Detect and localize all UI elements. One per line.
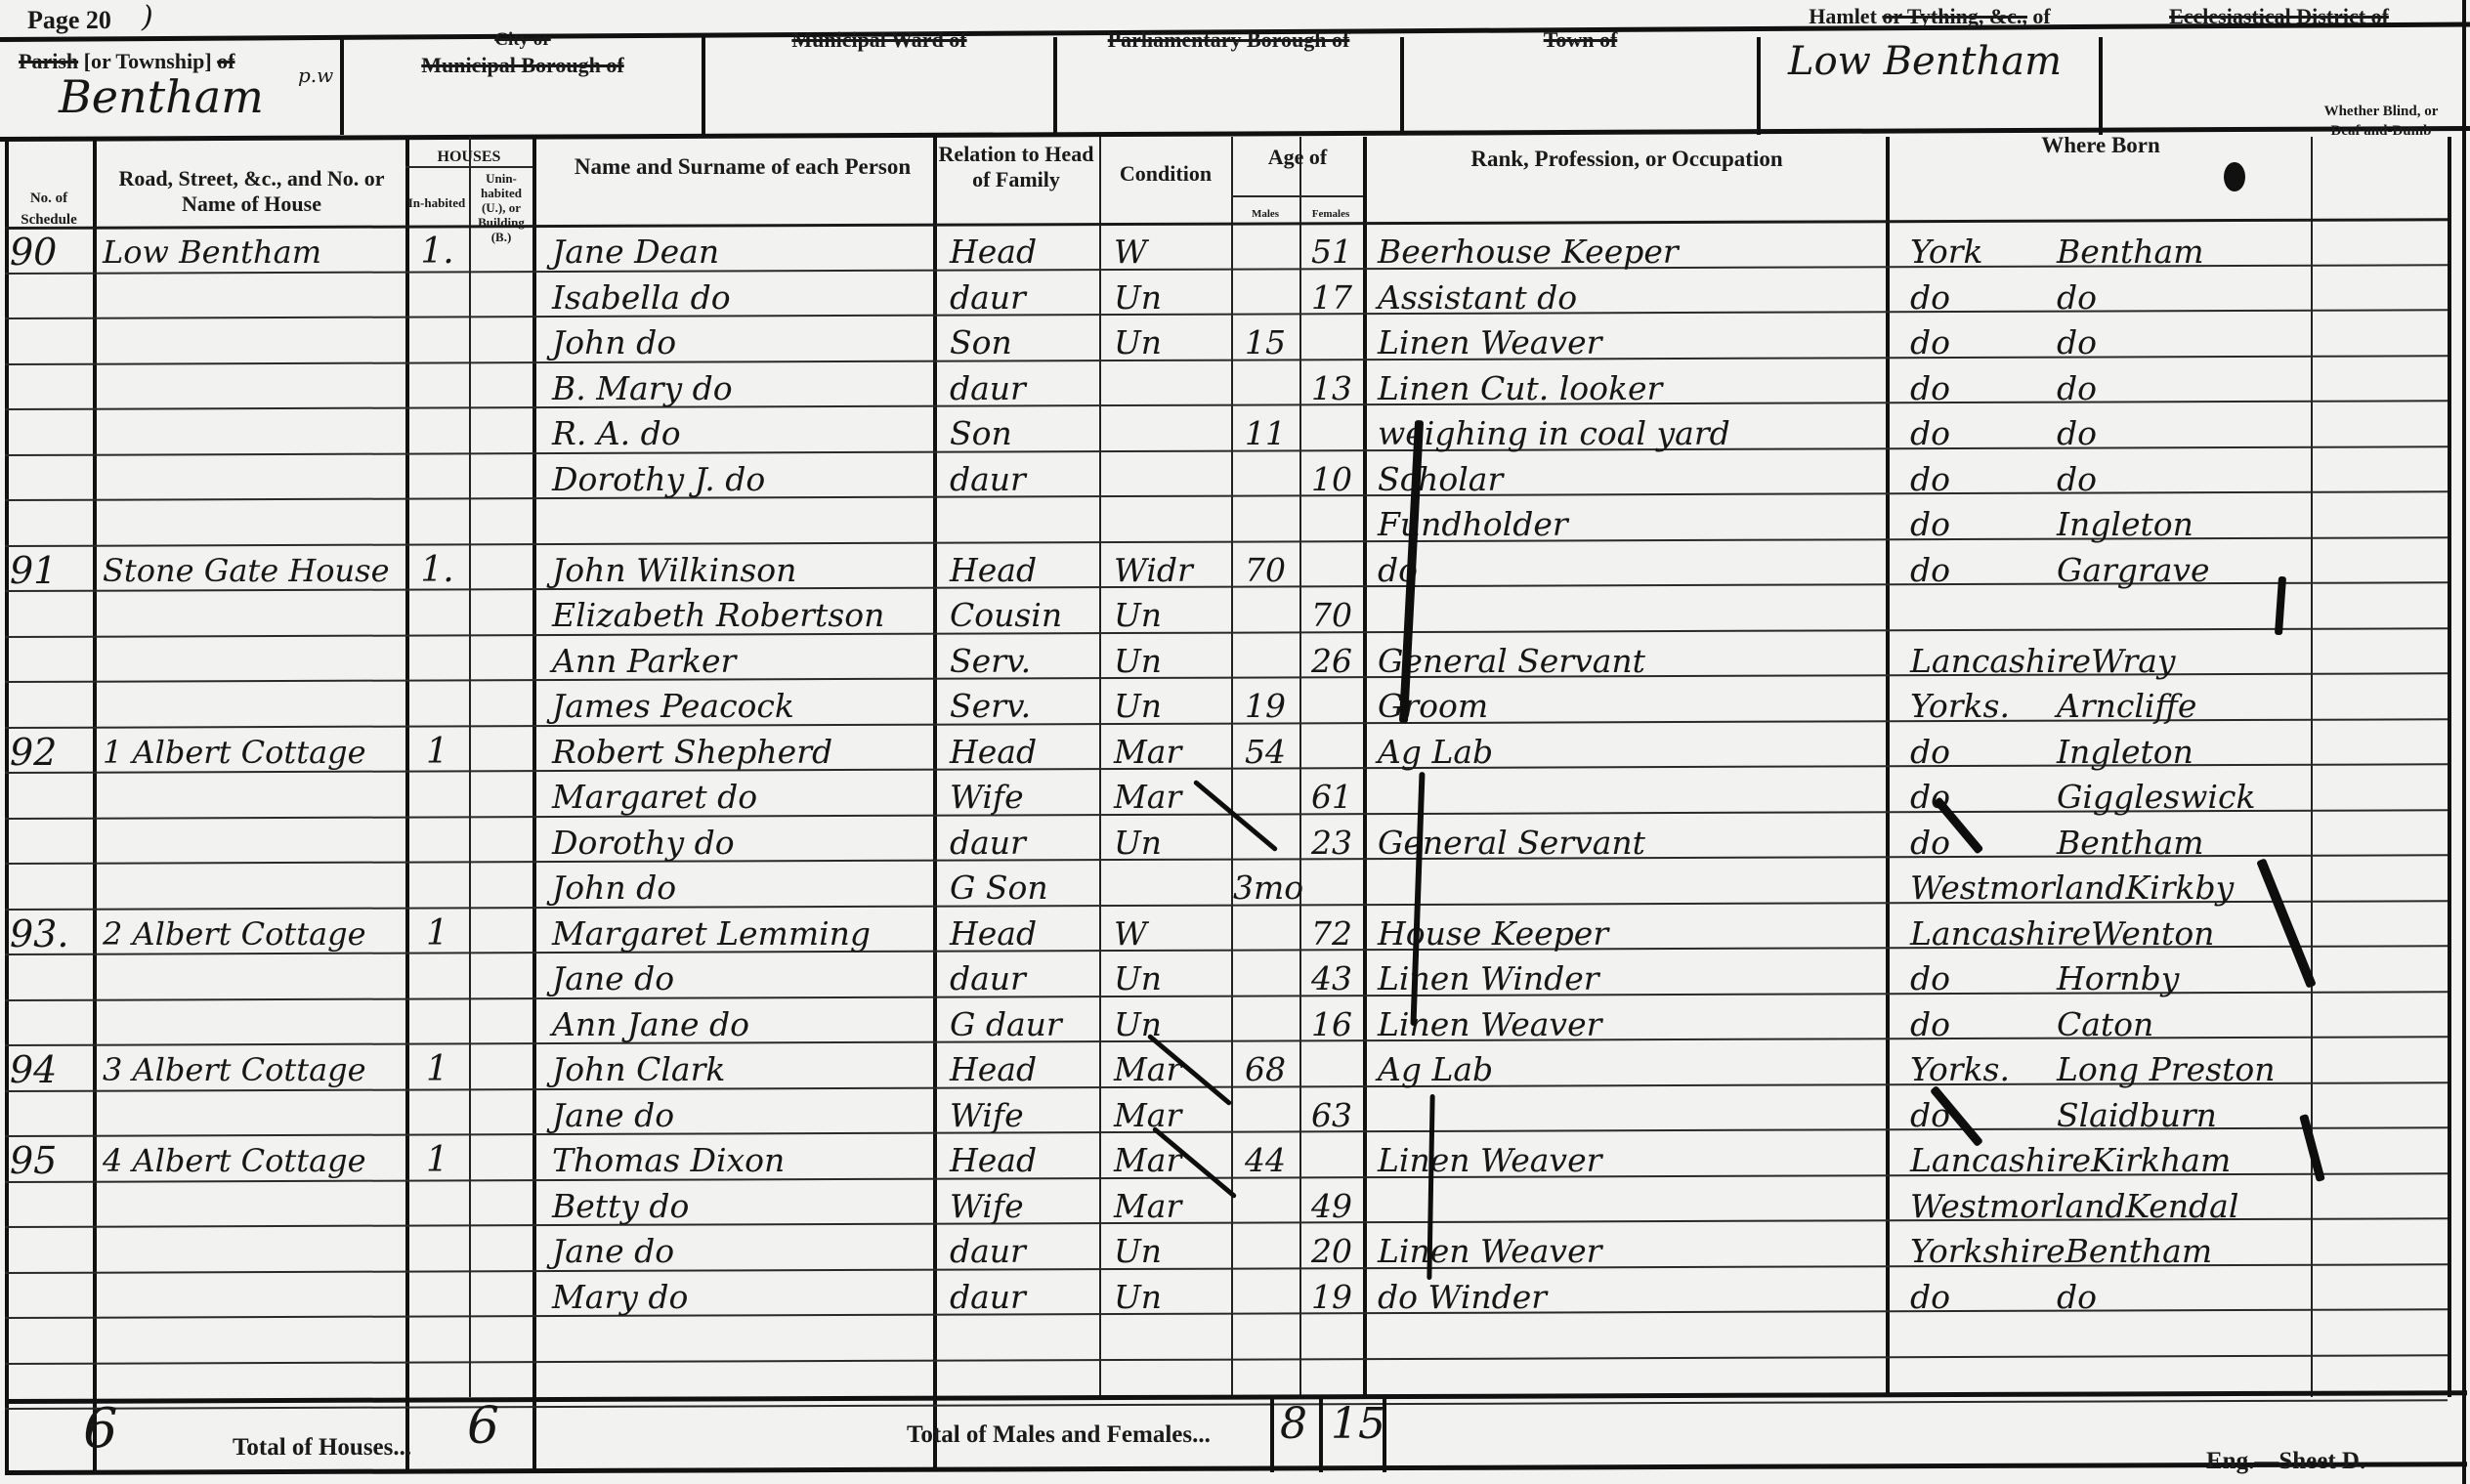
road-name <box>103 822 405 865</box>
schedule-number: 94 <box>10 1048 88 1091</box>
born-place: Kendal <box>2126 1187 2239 1225</box>
table-row: Ann Jane doG daurUn16Linen WeaverdoCaton <box>0 1001 2470 1047</box>
schedule-number <box>10 367 88 410</box>
female-age <box>1301 1139 1362 1182</box>
born-county: Yorks. <box>1910 1048 2057 1091</box>
where-born: dodo <box>1900 367 2321 410</box>
schedule-number <box>10 1185 88 1228</box>
col-header-houses: HOUSES <box>405 145 532 170</box>
condition <box>1104 1367 1236 1410</box>
inhabited-count <box>410 1185 464 1228</box>
road-name <box>103 685 405 728</box>
where-born <box>1900 594 2321 637</box>
occupation: General Servant <box>1373 822 1886 865</box>
road-name: 4 Albert Cottage <box>103 1139 405 1182</box>
inhabited-count <box>410 1321 464 1364</box>
table-row: Dorothy dodaurUn23General ServantdoBenth… <box>0 820 2470 866</box>
road-name: 1 Albert Cottage <box>103 731 405 774</box>
relation: Son <box>940 412 1106 455</box>
relation: daur <box>940 957 1106 1000</box>
where-born: Yorks.Long Preston <box>1900 1048 2321 1091</box>
relation: G Son <box>940 867 1106 910</box>
where-born: YorkBentham <box>1900 231 2321 274</box>
col-header-name: Name and Surname of each Person <box>567 154 918 180</box>
occupation: Linen Weaver <box>1373 1230 1886 1273</box>
person-name: Mary do <box>542 1276 943 1319</box>
inhabited-count <box>410 594 464 637</box>
female-age: 70 <box>1301 594 1362 637</box>
where-born <box>1900 1367 2321 1410</box>
schedule-number <box>10 276 88 319</box>
ink-blot <box>2224 162 2245 191</box>
col-header-schedule: No. of Schedule <box>5 188 93 231</box>
male-age: 11 <box>1233 412 1298 455</box>
occupation: do Winder <box>1373 1276 1886 1319</box>
occupation: Assistant do <box>1373 276 1886 319</box>
relation: Head <box>940 912 1106 955</box>
born-county: do <box>1910 776 2057 819</box>
inhabited-count: 1 <box>410 1048 464 1091</box>
inhabited-count <box>410 503 464 546</box>
male-age: 68 <box>1233 1048 1298 1091</box>
born-place: Kirkham <box>2091 1141 2231 1179</box>
inhabited-count <box>410 640 464 683</box>
male-age <box>1233 1230 1298 1273</box>
born-place: Ingleton <box>2057 733 2193 771</box>
location-cell-town: Town of <box>1402 10 1759 109</box>
female-age: 23 <box>1301 822 1362 865</box>
inhabited-count <box>410 1094 464 1137</box>
road-name <box>103 957 405 1000</box>
table-row: 93.2 Albert Cottage1Margaret LemmingHead… <box>0 911 2470 956</box>
relation <box>940 1367 1106 1410</box>
person-name: John Wilkinson <box>542 549 943 592</box>
female-age <box>1301 321 1362 364</box>
relation: Serv. <box>940 685 1106 728</box>
female-age <box>1301 503 1362 546</box>
schedule-number: 95 <box>10 1139 88 1182</box>
born-place: Long Preston <box>2057 1050 2275 1088</box>
occupation: Linen Weaver <box>1373 1139 1886 1182</box>
born-county: do <box>1910 1276 2057 1319</box>
where-born <box>1900 1321 2321 1364</box>
col-header-females: Females <box>1299 201 1362 227</box>
born-place: do <box>2057 1278 2097 1316</box>
condition <box>1104 412 1236 455</box>
where-born: LancashireWray <box>1900 640 2321 683</box>
condition: W <box>1104 231 1236 274</box>
relation <box>940 1321 1106 1364</box>
female-age <box>1301 1048 1362 1091</box>
relation: daur <box>940 1230 1106 1273</box>
inhabited-count <box>410 367 464 410</box>
schedule-number: 93. <box>10 912 88 955</box>
occupation: House Keeper <box>1373 912 1886 955</box>
male-age <box>1233 776 1298 819</box>
person-name: R. A. do <box>542 412 943 455</box>
road-name <box>103 867 405 910</box>
table-row: Dorothy J. dodaur10Scholardodo <box>0 456 2470 502</box>
where-born: YorkshireBentham <box>1900 1230 2321 1273</box>
condition: Mar <box>1104 731 1236 774</box>
total-houses-label: Total of Houses... <box>233 1434 411 1462</box>
table-row <box>0 1319 2470 1365</box>
inhabited-count <box>410 822 464 865</box>
occupation <box>1373 1321 1886 1364</box>
schedule-number <box>10 1367 88 1410</box>
relation: daur <box>940 1276 1106 1319</box>
person-name: Jane Dean <box>542 231 943 274</box>
born-place: Hornby <box>2057 959 2179 997</box>
inhabited-count: 1 <box>410 912 464 955</box>
condition: Un <box>1104 594 1236 637</box>
person-name: Ann Parker <box>542 640 943 683</box>
total-houses-value: 6 <box>467 1397 499 1456</box>
schedule-number <box>10 458 88 501</box>
where-born: WestmorlandKendal <box>1900 1185 2321 1228</box>
where-born: doGargrave <box>1900 549 2321 592</box>
table-row <box>0 1365 2470 1411</box>
male-age <box>1233 458 1298 501</box>
condition: Un <box>1104 1003 1236 1046</box>
schedule-number <box>10 1003 88 1046</box>
road-name <box>103 1094 405 1137</box>
where-born: LancashireKirkham <box>1900 1139 2321 1182</box>
schedule-number <box>10 503 88 546</box>
inhabited-count <box>410 957 464 1000</box>
condition: Un <box>1104 1276 1236 1319</box>
relation: Wife <box>940 1094 1106 1137</box>
occupation: General Servant <box>1373 640 1886 683</box>
schedule-number <box>10 321 88 364</box>
female-age <box>1301 412 1362 455</box>
occupation: weighing in coal yard <box>1373 412 1886 455</box>
relation: Serv. <box>940 640 1106 683</box>
female-age: 13 <box>1301 367 1362 410</box>
born-county: do <box>1910 367 2057 410</box>
occupation: Beerhouse Keeper <box>1373 231 1886 274</box>
table-row: Jane dodaurUn43Linen WinderdoHornby <box>0 955 2470 1001</box>
female-age <box>1301 685 1362 728</box>
male-age: 19 <box>1233 685 1298 728</box>
male-age <box>1233 276 1298 319</box>
col-header-occupation: Rank, Profession, or Occupation <box>1368 147 1886 172</box>
divider <box>2099 37 2103 135</box>
occupation <box>1373 1094 1886 1137</box>
where-born: dodo <box>1900 1276 2321 1319</box>
person-name: John do <box>542 321 943 364</box>
relation: daur <box>940 458 1106 501</box>
condition <box>1104 503 1236 546</box>
relation: daur <box>940 367 1106 410</box>
road-name <box>103 640 405 683</box>
col-header-where-born: Where Born <box>1891 133 2311 158</box>
relation <box>940 503 1106 546</box>
person-name: John Clark <box>542 1048 943 1091</box>
condition: Un <box>1104 640 1236 683</box>
condition: Un <box>1104 957 1236 1000</box>
person-name: Ann Jane do <box>542 1003 943 1046</box>
location-value-parish: Bentham <box>59 70 264 123</box>
where-born: WestmorlandKirkby <box>1900 867 2321 910</box>
female-age: 51 <box>1301 231 1362 274</box>
condition <box>1104 367 1236 410</box>
schedule-number <box>10 867 88 910</box>
condition: Un <box>1104 685 1236 728</box>
relation: Head <box>940 549 1106 592</box>
location-cell-municipal-ward: Municipal Ward of <box>703 10 1055 109</box>
col-header-condition: Condition <box>1102 161 1229 187</box>
relation: Head <box>940 1139 1106 1182</box>
table-row: Jane dodaurUn20Linen WeaverYorkshireBent… <box>0 1228 2470 1274</box>
inhabited-count: 1 <box>410 1139 464 1182</box>
person-name: Margaret Lemming <box>542 912 943 955</box>
occupation: do <box>1373 549 1886 592</box>
location-annotation: p.w <box>298 64 333 87</box>
born-county: Lancashire <box>1910 640 2091 683</box>
total-persons-label: Total of Males and Females... <box>907 1421 1211 1449</box>
male-age <box>1233 1003 1298 1046</box>
table-row: Mary dodaurUn19do Winderdodo <box>0 1274 2470 1320</box>
schedule-number <box>10 594 88 637</box>
female-age: 61 <box>1301 776 1362 819</box>
occupation: Linen Weaver <box>1373 321 1886 364</box>
col-header-age: Age of <box>1233 145 1362 170</box>
female-age: 43 <box>1301 957 1362 1000</box>
male-age <box>1233 957 1298 1000</box>
born-county: Lancashire <box>1910 912 2091 955</box>
born-place: Bentham <box>2057 233 2204 271</box>
male-age: 70 <box>1233 549 1298 592</box>
table-row: 90Low Bentham1.Jane DeanHeadW51Beerhouse… <box>0 229 2470 275</box>
col-header-males: Males <box>1233 201 1298 227</box>
occupation: Linen Weaver <box>1373 1003 1886 1046</box>
born-county: do <box>1910 822 2057 865</box>
col-header-blind-deaf: Whether Blind, or Deaf and-Dumb <box>2314 102 2449 141</box>
relation: Head <box>940 1048 1106 1091</box>
male-age: 15 <box>1233 321 1298 364</box>
road-name: 2 Albert Cottage <box>103 912 405 955</box>
schedule-number <box>10 1321 88 1364</box>
schedule-number <box>10 957 88 1000</box>
occupation: Scholar <box>1373 458 1886 501</box>
location-cell-municipal-borough: City orMunicipal Borough of <box>342 10 703 109</box>
born-county: Westmorland <box>1910 1185 2126 1228</box>
female-age: 17 <box>1301 276 1362 319</box>
person-name <box>542 503 943 546</box>
where-born: dodo <box>1900 276 2321 319</box>
condition: Un <box>1104 276 1236 319</box>
born-place: do <box>2057 460 2097 498</box>
relation: Son <box>940 321 1106 364</box>
male-age <box>1233 1321 1298 1364</box>
female-age: 20 <box>1301 1230 1362 1273</box>
inhabited-count: 1 <box>410 731 464 774</box>
road-name <box>103 276 405 319</box>
where-born: LancashireWenton <box>1900 912 2321 955</box>
person-name: Isabella do <box>542 276 943 319</box>
person-name: Jane do <box>542 1230 943 1273</box>
road-name: 3 Albert Cottage <box>103 1048 405 1091</box>
table-row: B. Mary dodaur13Linen Cut. lookerdodo <box>0 365 2470 411</box>
road-name <box>103 321 405 364</box>
schedule-number <box>10 1276 88 1319</box>
born-place: do <box>2057 323 2097 361</box>
relation: daur <box>940 276 1106 319</box>
where-born: doCaton <box>1900 1003 2321 1046</box>
relation: G daur <box>940 1003 1106 1046</box>
born-place: do <box>2057 369 2097 407</box>
condition: Un <box>1104 1230 1236 1273</box>
male-age <box>1233 231 1298 274</box>
person-name <box>542 1367 943 1410</box>
schedule-number <box>10 1230 88 1273</box>
inhabited-count <box>410 1367 464 1410</box>
male-age <box>1233 640 1298 683</box>
col-header-relation: Relation to Head of Family <box>938 142 1094 192</box>
location-cell-ecclesiastical-district: Ecclesiastical District of <box>2101 10 2457 109</box>
born-place: Arncliffe <box>2057 687 2196 725</box>
occupation: Groom <box>1373 685 1886 728</box>
person-name <box>542 1321 943 1364</box>
age-subheader-line <box>1231 195 1363 197</box>
female-age <box>1301 867 1362 910</box>
table-row: 91Stone Gate House1.John WilkinsonHeadWi… <box>0 547 2470 593</box>
condition: Mar <box>1104 1185 1236 1228</box>
born-county: do <box>1910 731 2057 774</box>
total-females-value: 15 <box>1331 1399 1385 1449</box>
person-name: James Peacock <box>542 685 943 728</box>
table-row: James PeacockServ.Un19GroomYorks.Arnclif… <box>0 683 2470 729</box>
born-county: Westmorland <box>1910 867 2126 910</box>
road-name <box>103 503 405 546</box>
condition <box>1104 1321 1236 1364</box>
condition: W <box>1104 912 1236 955</box>
female-age: 63 <box>1301 1094 1362 1137</box>
born-place: do <box>2057 278 2097 317</box>
born-place: Bentham <box>2057 824 2204 862</box>
schedule-number <box>10 1094 88 1137</box>
table-row: 943 Albert Cottage1John ClarkHeadMar68Ag… <box>0 1046 2470 1092</box>
occupation: Ag Lab <box>1373 731 1886 774</box>
table-row: John doSonUn15Linen Weaverdodo <box>0 319 2470 365</box>
road-name <box>103 367 405 410</box>
schedule-number: 91 <box>10 549 88 592</box>
table-row: 921 Albert Cottage1Robert ShepherdHeadMa… <box>0 729 2470 775</box>
male-age <box>1233 503 1298 546</box>
born-place: Caton <box>2057 1005 2153 1043</box>
road-name <box>103 1230 405 1273</box>
occupation: Linen Winder <box>1373 957 1886 1000</box>
where-born: dodo <box>1900 321 2321 364</box>
person-name: John do <box>542 867 943 910</box>
born-county: York <box>1910 231 2057 274</box>
inhabited-count <box>410 321 464 364</box>
inhabited-count <box>410 412 464 455</box>
person-name: Jane do <box>542 957 943 1000</box>
born-county: do <box>1910 412 2057 455</box>
inhabited-count <box>410 776 464 819</box>
female-age: 72 <box>1301 912 1362 955</box>
born-county: do <box>1910 321 2057 364</box>
schedule-number: 92 <box>10 731 88 774</box>
male-age <box>1233 1185 1298 1228</box>
female-age: 49 <box>1301 1185 1362 1228</box>
where-born: Yorks.Arncliffe <box>1900 685 2321 728</box>
born-county: do <box>1910 458 2057 501</box>
person-name: Thomas Dixon <box>542 1139 943 1182</box>
inhabited-count: 1. <box>410 231 464 274</box>
schedule-number <box>10 640 88 683</box>
location-cell-parish: Parish [or Township] ofBenthamp.w <box>5 10 342 109</box>
sheet-label: Eng.—Sheet D. <box>2206 1448 2365 1475</box>
road-name <box>103 1321 405 1364</box>
location-label-municipal-borough: City orMunicipal Borough of <box>342 27 703 78</box>
road-name: Stone Gate House <box>103 549 405 592</box>
person-name: Robert Shepherd <box>542 731 943 774</box>
schedule-number <box>10 685 88 728</box>
table-row: Betty doWifeMar49WestmorlandKendal <box>0 1183 2470 1229</box>
born-place: do <box>2057 414 2097 452</box>
totals-bottom-line <box>5 1462 2467 1475</box>
road-name <box>103 412 405 455</box>
where-born: doIngleton <box>1900 731 2321 774</box>
born-county: Lancashire <box>1910 1139 2091 1182</box>
male-age: 3mo <box>1233 867 1298 910</box>
condition: Un <box>1104 321 1236 364</box>
born-place: Ingleton <box>2057 505 2193 543</box>
col-header-road: Road, Street, &c., and No. or Name of Ho… <box>98 166 405 217</box>
table-row: Jane doWifeMar63doSlaidburn <box>0 1092 2470 1138</box>
road-name <box>103 776 405 819</box>
male-age <box>1233 594 1298 637</box>
born-place: Bentham <box>2065 1232 2213 1270</box>
where-born: doIngleton <box>1900 503 2321 546</box>
road-name <box>103 1276 405 1319</box>
male-age <box>1233 367 1298 410</box>
born-county: do <box>1910 276 2057 319</box>
road-name <box>103 1003 405 1046</box>
inhabited-count <box>410 1230 464 1273</box>
relation: Head <box>940 231 1106 274</box>
inhabited-count <box>410 685 464 728</box>
total-males-value: 8 <box>1280 1399 1307 1449</box>
female-age <box>1301 1321 1362 1364</box>
born-county: do <box>1910 503 2057 546</box>
inhabited-count <box>410 276 464 319</box>
location-label-hamlet: Hamlet or Tything, &c., of <box>1759 4 2101 29</box>
male-age: 44 <box>1233 1139 1298 1182</box>
table-row: Elizabeth RobertsonCousinUn70 <box>0 592 2470 638</box>
where-born: dodo <box>1900 458 2321 501</box>
inhabited-count: 1. <box>410 549 464 592</box>
born-county: do <box>1910 549 2057 592</box>
table-row: R. A. doSon11weighing in coal yarddodo <box>0 410 2470 456</box>
occupation: Linen Cut. looker <box>1373 367 1886 410</box>
location-cell-parliamentary-borough: Parliamentary Borough of <box>1055 10 1402 109</box>
relation: daur <box>940 822 1106 865</box>
occupation <box>1373 867 1886 910</box>
table-row: Isabella dodaurUn17Assistant dododo <box>0 275 2470 320</box>
born-place: Wenton <box>2091 914 2214 953</box>
location-label-ecclesiastical-district: Ecclesiastical District of <box>2101 4 2457 29</box>
person-name: Margaret do <box>542 776 943 819</box>
table-row: John doG Son3moWestmorlandKirkby <box>0 865 2470 911</box>
road-name <box>103 594 405 637</box>
female-age <box>1301 549 1362 592</box>
female-age: 19 <box>1301 1276 1362 1319</box>
relation: Wife <box>940 776 1106 819</box>
